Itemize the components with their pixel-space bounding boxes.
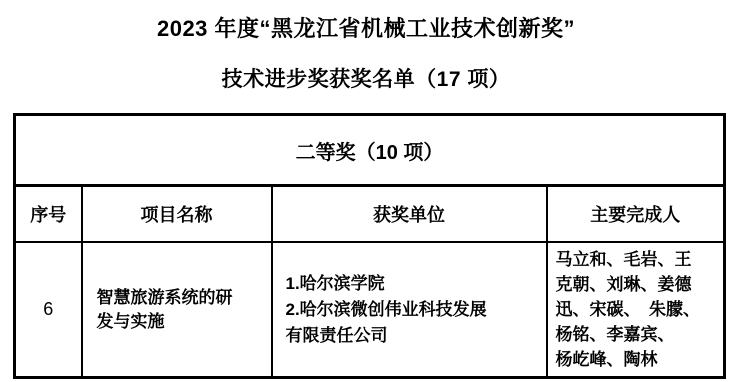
group-header: 二等奖（10 项）: [15, 115, 725, 186]
doc-title-line1: 2023 年度“黑龙江省机械工业技术创新奖”: [0, 0, 732, 41]
col-header-winners: 主要完成人: [547, 186, 725, 243]
table-row: 6 智慧旅游系统的研 发与实施 1.哈尔滨学院 2.哈尔滨微创伟业科技发展 有限…: [15, 242, 725, 378]
col-header-org: 获奖单位: [272, 186, 547, 243]
column-header-row: 序号 项目名称 获奖单位 主要完成人: [15, 186, 725, 243]
cell-seq: 6: [15, 242, 82, 378]
col-header-seq: 序号: [15, 186, 82, 243]
award-table: 二等奖（10 项） 序号 项目名称 获奖单位 主要完成人 6 智慧旅游系统的研 …: [13, 113, 726, 379]
doc-title-line2: 技术进步奖获奖名单（17 项）: [0, 68, 732, 92]
document-page: 2023 年度“黑龙江省机械工业技术创新奖” 技术进步奖获奖名单（17 项） 二…: [0, 0, 732, 382]
col-header-project: 项目名称: [82, 186, 272, 243]
group-header-row: 二等奖（10 项）: [15, 115, 725, 186]
cell-main-contributors: 马立和、毛岩、王 克朝、刘琳、姜德 迅、宋碳、 朱朦、 杨铭、李嘉宾、 杨屹峰、…: [547, 242, 725, 378]
cell-project-name: 智慧旅游系统的研 发与实施: [82, 242, 272, 378]
cell-award-org: 1.哈尔滨学院 2.哈尔滨微创伟业科技发展 有限责任公司: [272, 242, 547, 378]
